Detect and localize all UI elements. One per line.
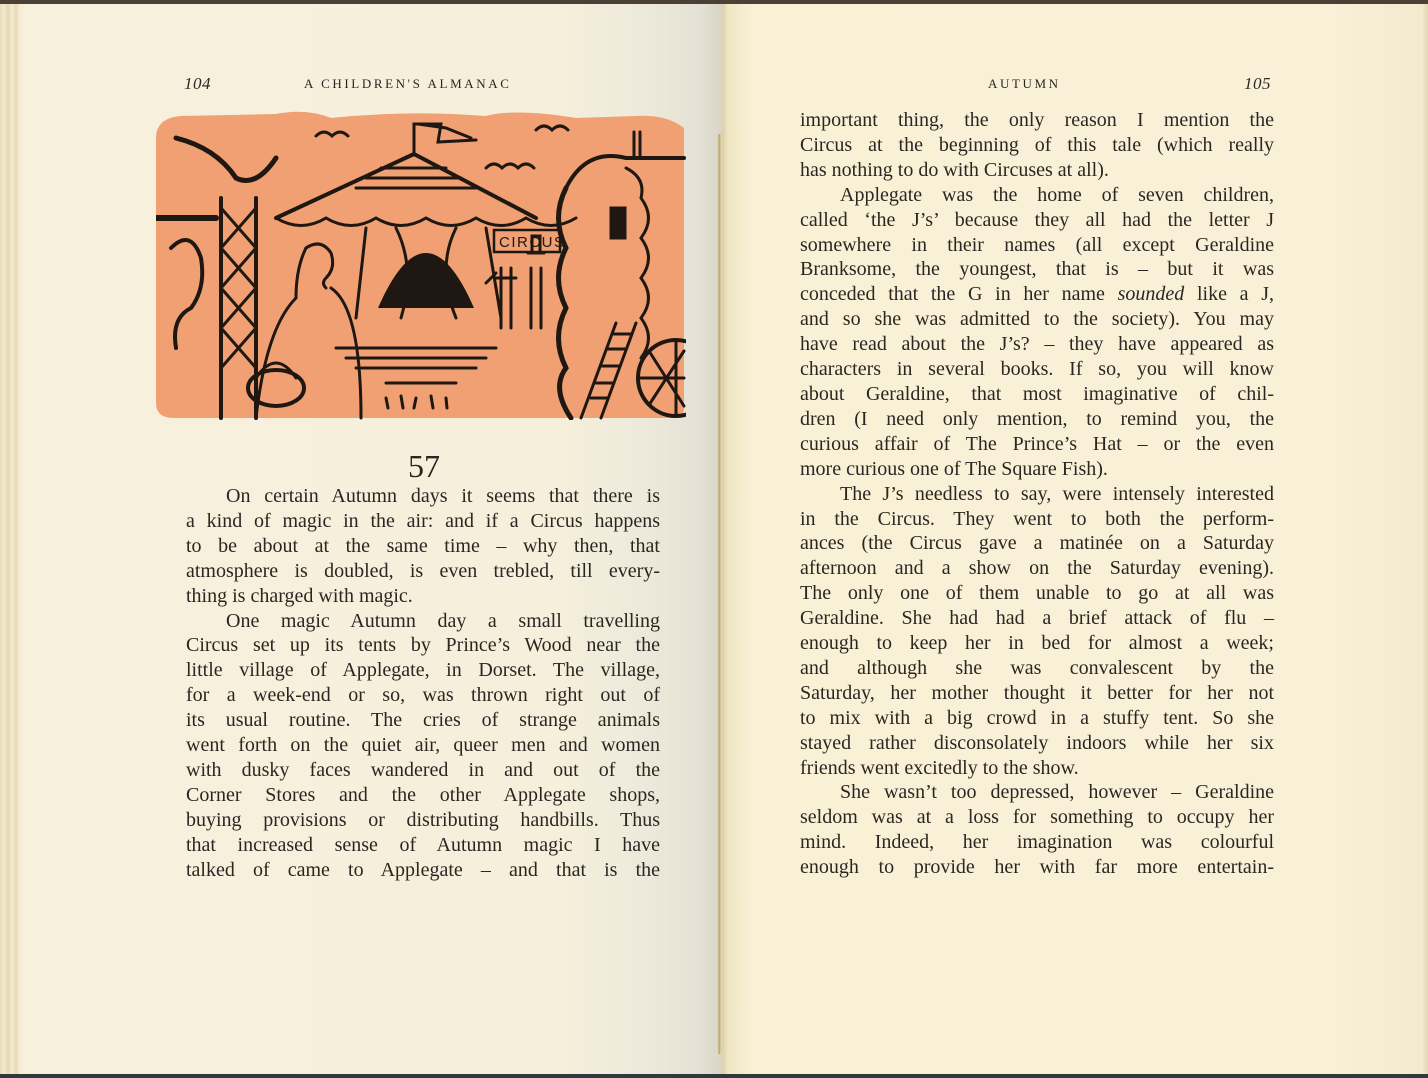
scan-bottom-edge <box>0 1074 1428 1078</box>
text-line: mind. Indeed, her imagination was colour… <box>800 830 1274 855</box>
right-page: AUTUMN 105 important thing, the only rea… <box>722 4 1428 1074</box>
running-head: AUTUMN <box>988 76 1061 92</box>
text-line: Geraldine. She had had a brief attack of… <box>800 606 1274 631</box>
text-line: afternoon and a show on the Saturday eve… <box>800 556 1274 581</box>
chapter-number: 57 <box>186 448 662 484</box>
text-line: thing is charged with magic. <box>186 584 660 609</box>
text-line: to be about at the same time – why then,… <box>186 534 660 559</box>
text-line: went forth on the quiet air, queer men a… <box>186 733 660 758</box>
text-line: enough to provide her with far more ente… <box>800 855 1274 880</box>
text-line: Circus at the beginning of this tale (wh… <box>800 133 1274 158</box>
text-line: Branksome, the youngest, that is – but i… <box>800 257 1274 282</box>
text-line: The J’s needless to say, were intensely … <box>800 482 1274 507</box>
text-line: characters in several books. If so, you … <box>800 357 1274 382</box>
text-line: have read about the J’s? – they have app… <box>800 332 1274 357</box>
book-spread: 104 A CHILDREN'S ALMANAC <box>0 4 1428 1074</box>
text-line: and so she was admitted to the society).… <box>800 307 1274 332</box>
text-line: On certain Autumn days it seems that the… <box>186 484 660 509</box>
text-line: enough to keep her in bed for almost a w… <box>800 631 1274 656</box>
text-line: Applegate was the home of seven children… <box>800 183 1274 208</box>
page-number: 105 <box>1244 74 1271 94</box>
circus-illustration: CIRCUS <box>156 108 686 420</box>
text-line: for a week-end or so, was thrown right o… <box>186 683 660 708</box>
text-line: a kind of magic in the air: and if a Cir… <box>186 509 660 534</box>
text-line: curious affair of The Prince’s Hat – or … <box>800 432 1274 457</box>
text-line: The only one of them unable to go at all… <box>800 581 1274 606</box>
right-page-body-text: important thing, the only reason I menti… <box>800 108 1274 880</box>
text-line: She wasn’t too depressed, however – Gera… <box>800 780 1274 805</box>
text-line: that increased sense of Autumn magic I h… <box>186 833 660 858</box>
running-head: A CHILDREN'S ALMANAC <box>304 76 511 92</box>
book-gutter <box>718 134 721 1054</box>
text-line: One magic Autumn day a small travelling <box>186 609 660 634</box>
text-line: little village of Applegate, in Dorset. … <box>186 658 660 683</box>
text-line: friends went excitedly to the show. <box>800 756 1274 781</box>
text-line: called ‘the J’s’ because they all had th… <box>800 208 1274 233</box>
text-line: ances (the Circus gave a matinée on a Sa… <box>800 531 1274 556</box>
text-line: about Geraldine, that most imaginative o… <box>800 382 1274 407</box>
text-line: Saturday, her mother thought it better f… <box>800 681 1274 706</box>
text-line: talked of came to Applegate – and that i… <box>186 858 660 883</box>
italic-emphasis: sounded <box>1118 283 1185 305</box>
text-line: in the Circus. They went to both the per… <box>800 507 1274 532</box>
left-page-body-text: On certain Autumn days it seems that the… <box>186 484 660 883</box>
text-line: and although she was convalescent by the <box>800 656 1274 681</box>
text-line: important thing, the only reason I menti… <box>800 108 1274 133</box>
text-line: dren (I need only mention, to remind you… <box>800 407 1274 432</box>
text-line: buying provisions or distributing handbi… <box>186 808 660 833</box>
text-line: stayed rather disconsolately indoors whi… <box>800 731 1274 756</box>
text-line: more curious one of The Square Fish). <box>800 457 1274 482</box>
text-line: atmosphere is doubled, is even trebled, … <box>186 559 660 584</box>
left-page: 104 A CHILDREN'S ALMANAC <box>0 4 722 1074</box>
text-line: Corner Stores and the other Applegate sh… <box>186 783 660 808</box>
circus-sign: CIRCUS <box>499 234 566 251</box>
text-line: somewhere in their names (all except Ger… <box>800 233 1274 258</box>
page-number: 104 <box>184 74 211 94</box>
text-line: Circus set up its tents by Prince’s Wood… <box>186 633 660 658</box>
text-line: its usual routine. The cries of strange … <box>186 708 660 733</box>
text-line: to mix with a big crowd in a stuffy tent… <box>800 706 1274 731</box>
text-line: seldom was at a loss for something to oc… <box>800 805 1274 830</box>
text-line: has nothing to do with Circuses at all). <box>800 158 1274 183</box>
text-line: conceded that the G in her name sounded … <box>800 282 1274 307</box>
text-line: with dusky faces wandered in and out of … <box>186 758 660 783</box>
